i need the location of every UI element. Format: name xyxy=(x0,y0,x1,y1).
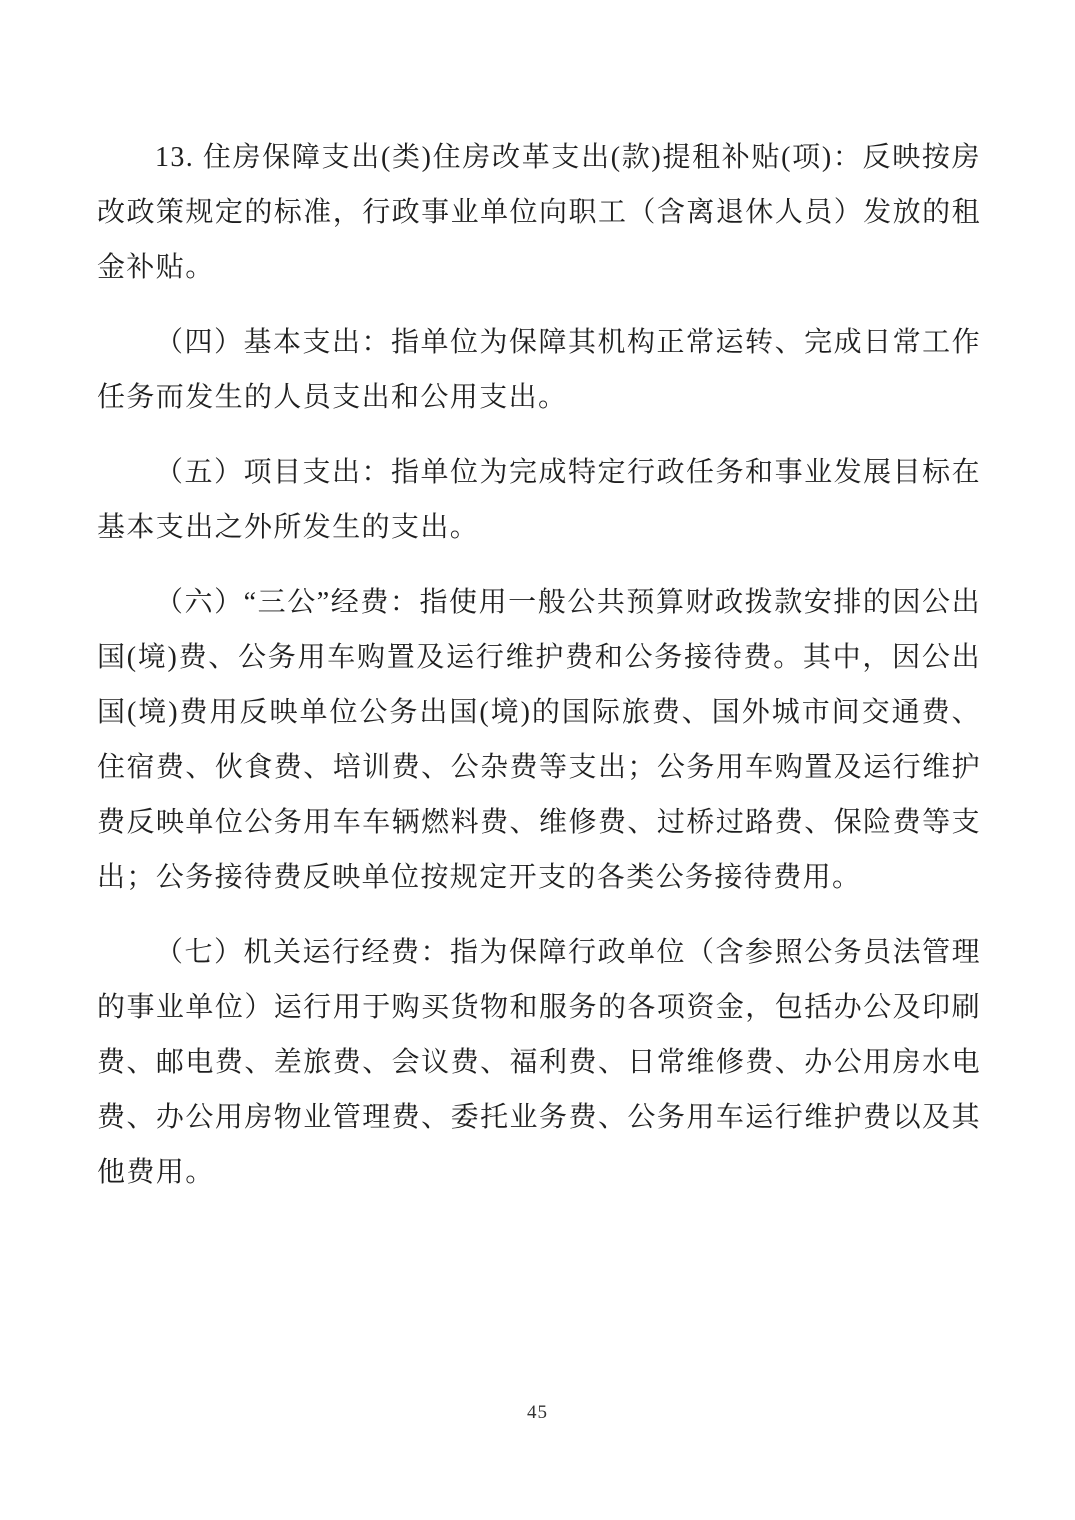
paragraph-basic-expenditure: （四）基本支出：指单位为保障其机构正常运转、完成日常工作任务而发生的人员支出和公… xyxy=(97,315,981,425)
document-body: 13. 住房保障支出(类)住房改革支出(款)提租补贴(项)：反映按房改政策规定的… xyxy=(97,130,981,1200)
paragraph-project-expenditure: （五）项目支出：指单位为完成特定行政任务和事业发展目标在基本支出之外所发生的支出… xyxy=(97,445,981,555)
document-page: 13. 住房保障支出(类)住房改革支出(款)提租补贴(项)：反映按房改政策规定的… xyxy=(0,0,1075,1520)
page-number: 45 xyxy=(527,1402,548,1423)
paragraph-agency-operating-funds: （七）机关运行经费：指为保障行政单位（含参照公务员法管理的事业单位）运行用于购买… xyxy=(97,925,981,1200)
paragraph-three-public-funds: （六）“三公”经费：指使用一般公共预算财政拨款安排的因公出国(境)费、公务用车购… xyxy=(97,575,981,905)
page-footer: 45 xyxy=(0,1402,1075,1424)
paragraph-item-13-housing-subsidy: 13. 住房保障支出(类)住房改革支出(款)提租补贴(项)：反映按房改政策规定的… xyxy=(97,130,981,295)
